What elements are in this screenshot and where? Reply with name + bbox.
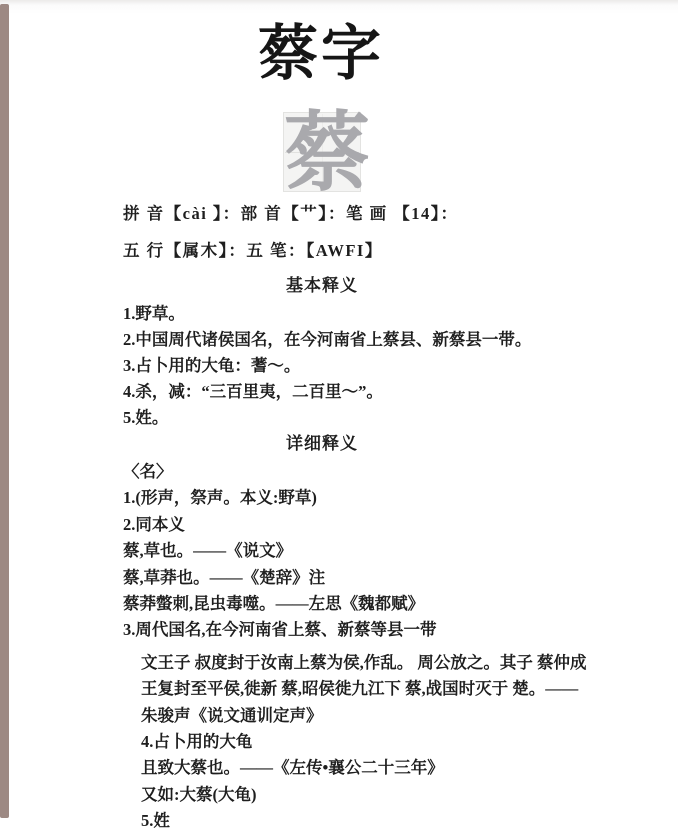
detail-line: 4.占卜用的大龟 — [123, 729, 521, 755]
entry-body: 拼 音【cài 】：部 首【艹】：笔 画 【14】： 五 行【属木】：五 笔：【… — [123, 204, 521, 834]
page-edge-accent-bar — [0, 4, 9, 818]
detail-quote-line: 王复封至平侯,徙新 蔡,昭侯徙九江下 蔡,战国时灭于 楚。—— — [123, 676, 521, 702]
detail-line-citation: 蔡,草莽也。——《楚辞》注 — [123, 565, 521, 591]
detail-line-citation: 蔡莽螫刺,昆虫毒噬。——左思《魏都赋》 — [123, 591, 521, 617]
detail-line: 3.周代国名,在今河南省上蔡、新蔡等县一带 — [123, 617, 521, 643]
detail-line: 5.姓 — [123, 808, 521, 834]
page-title: 蔡字 — [0, 12, 642, 96]
detail-line-citation: 且致大蔡也。——《左传•襄公二十三年》 — [123, 755, 521, 781]
pinyin-radical-strokes-line: 拼 音【cài 】：部 首【艹】：笔 画 【14】： — [123, 204, 521, 224]
basic-definition-item: 2.中国周代诸侯国名，在今河南省上蔡县、新蔡县一带。 — [123, 327, 521, 353]
basic-definition-item: 5.姓。 — [123, 405, 521, 431]
basic-definition-item: 1.野草。 — [123, 301, 521, 327]
detail-line: 又如:大蔡(大龟) — [123, 782, 521, 808]
basic-definitions-heading: 基本释义 — [123, 275, 521, 297]
document-page: 蔡字 蔡 拼 音【cài 】：部 首【艹】：笔 画 【14】： 五 行【属木】：… — [0, 0, 678, 834]
wuxing-wubi-line: 五 行【属木】：五 笔：【AWFI】 — [123, 241, 521, 261]
practice-character: 蔡 — [284, 106, 360, 200]
character-practice-grid: 蔡 — [283, 112, 361, 192]
detail-line: 〈名〉 — [123, 459, 521, 485]
detail-line: 2.同本义 — [123, 512, 521, 538]
basic-definition-item: 3.占卜用的大龟：蓍～。 — [123, 353, 521, 379]
detail-line-citation: 蔡,草也。——《说文》 — [123, 538, 521, 564]
detail-quote-line: 文王子 叔度封于汝南上蔡为侯,作乱。 周公放之。其子 蔡仲成 — [123, 650, 521, 676]
detail-quote-line: 朱骏声《说文通训定声》 — [123, 703, 521, 729]
detailed-definitions-list: 〈名〉 1.(形声，祭声。本义:野草) 2.同本义 蔡,草也。——《说文》 蔡,… — [123, 459, 521, 834]
detailed-definitions-heading: 详细释义 — [123, 433, 521, 455]
basic-definitions-list: 1.野草。 2.中国周代诸侯国名，在今河南省上蔡县、新蔡县一带。 3.占卜用的大… — [123, 301, 521, 431]
detail-line: 1.(形声，祭声。本义:野草) — [123, 485, 521, 511]
basic-definition-item: 4.杀，减：“三百里夷，二百里～”。 — [123, 379, 521, 405]
